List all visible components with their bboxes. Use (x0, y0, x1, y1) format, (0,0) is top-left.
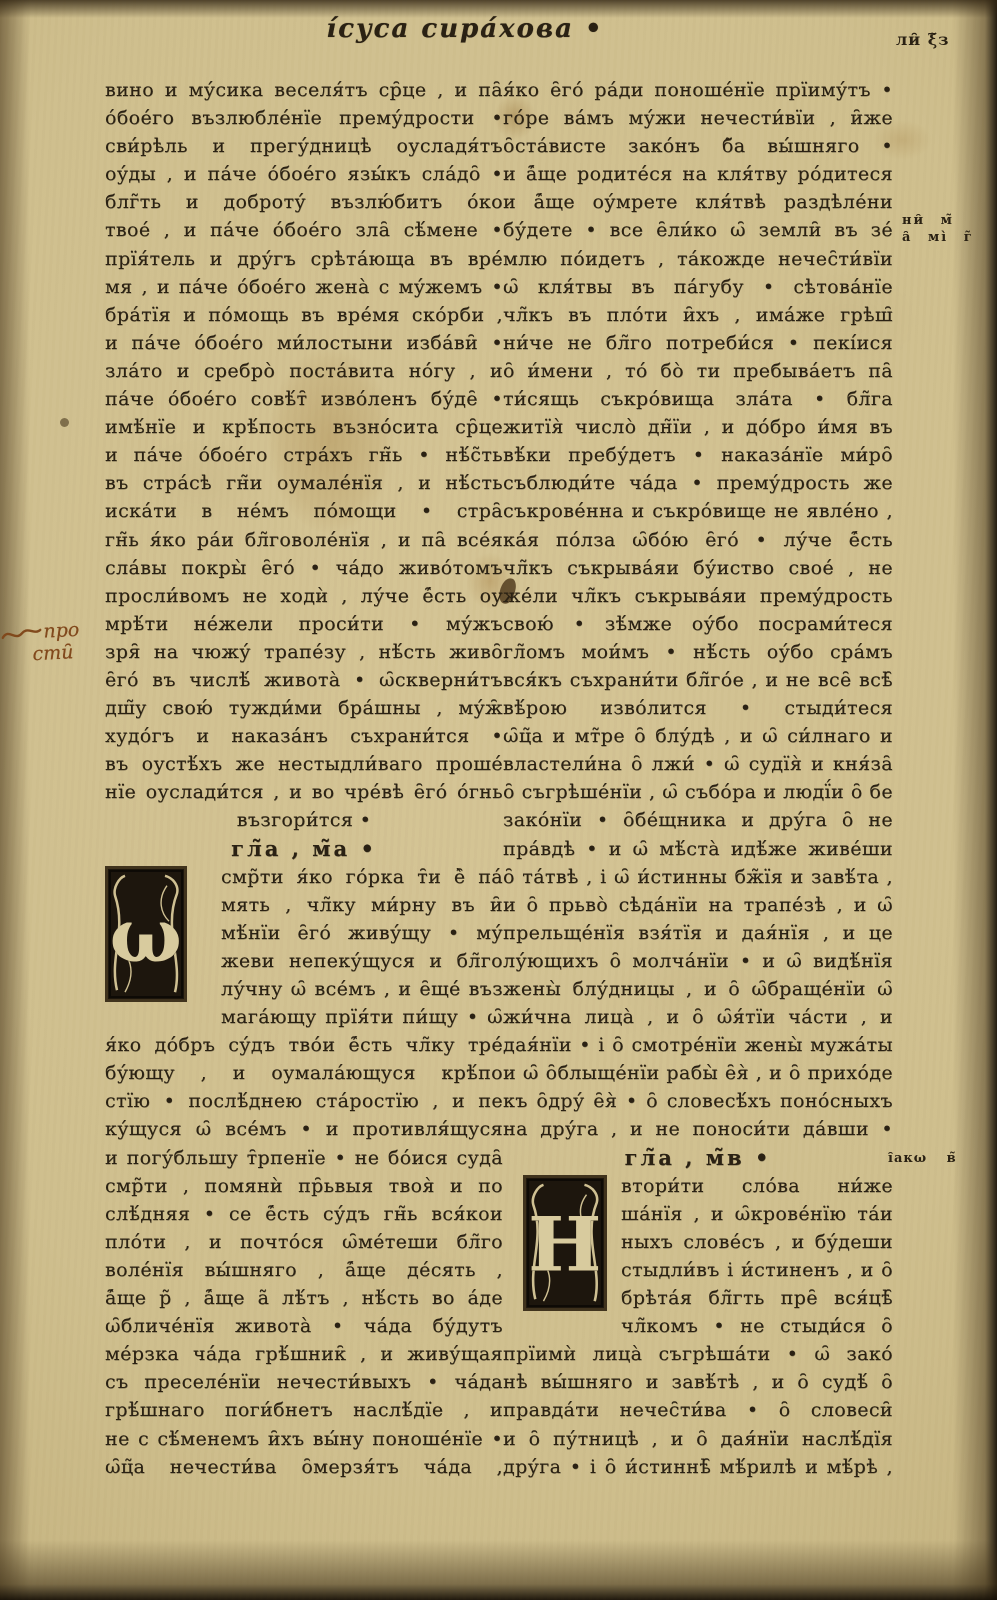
text-line: дая́нїи • і о̑ смотре́нїи жены̀ мужа́ты (503, 1031, 893, 1059)
text-line: бра́тїя и по́мощь въ вре́мя ско́рби , (105, 301, 503, 329)
chapter-heading: гл̃а , м̃а • (105, 835, 503, 863)
text-line: твое́ , и па́че о́бое́го зла̑ сѣ́мене • (105, 216, 503, 244)
text-line: зла́то и сребро̀ поста́вита но́гу , и (105, 357, 503, 385)
text-line: прїимѝ лица̀ съгрѣша́ти • ω̑ зако́ (503, 1340, 893, 1368)
margin-note-reference: ни̑ м̃ а̑ мі̀ г̃ (902, 212, 988, 246)
text-line: вино и му́сика веселя́тъ ср̑це , и па̑ (105, 76, 503, 104)
text-line: мя , и па́че о́бое́го жена̀ с му́жемъ • (105, 273, 503, 301)
text-line: ка́я по́лза ω̑бо́ю е̑го́ • лу́че е̑́сть (503, 526, 893, 554)
text-line: оу́ды , и па́че о́бое́го язы́къ сла́до̑ … (105, 160, 503, 188)
text-line: воле́нїя вы́шняго , а̑́ще де́сять , (105, 1256, 503, 1284)
svg-text:ω: ω (110, 891, 183, 979)
text-line: гл̃омъ мои́мъ • нѣ́сть оу́бо сра́мъ (503, 638, 893, 666)
text-line: млю по́идетъ , та́кожде нечес̑ти́вїи (503, 245, 893, 273)
text-line: дш̃у свою́ тужди́ми бра́шны , му́ж̑ (105, 694, 503, 722)
text-line: мять , чл̃ку ми́рну въ и̑ (221, 891, 503, 919)
text-line: и а̑́ще оу́мрете кля́твѣ раздѣле́ни (503, 188, 893, 216)
text-line: вѣ́ки пребу́детъ • наказа́нїе ми́ро̑ (503, 441, 893, 469)
text-line: блг̃ть и доброту́ възлю́битъ о́ко (105, 188, 503, 216)
text-line: въ стра́сѣ гн̃и оумале́нїя , и нѣ́сть (105, 469, 503, 497)
text-line: вѣ́рою изво́лится • стыди́теся (503, 694, 893, 722)
text-line: прельще́нїя взя́тїя и дая́нїя , и це (503, 919, 893, 947)
text-line: же́ли чл̃къ съкрыва́яи прему́дрость (503, 582, 893, 610)
text-line: възгори́тся • (105, 806, 503, 834)
margin-note-line: а̑ мі̀ г̃ (902, 229, 988, 246)
text-line: и о̑ пу́тницѣ , и о̑ дая́нїи наслѣ́дїя (503, 1425, 893, 1453)
margin-note-line: ни̑ м̃ (902, 212, 988, 229)
text-line: къ о̑дру́ е̑я̀ • о̑ словесѣ́хъ поно́сных… (503, 1087, 893, 1115)
text-line: мага́ющу прїя́ти пи́щу • ω̑ смр̃ти (221, 1003, 503, 1031)
svg-text:Н: Н (528, 1201, 602, 1289)
text-line: смр̃ти я́ко го́рка т̑и е̑̀ па́ (221, 863, 503, 891)
text-line: ω̑бличе́нїя живота̀ • ча́да бу́дутъ (105, 1312, 503, 1340)
text-line: мѣ́нїи е̑го́ живу́щу • му́ (221, 919, 503, 947)
text-line: грѣ́шнаго поги́бнетъ наслѣ́дїе , и (105, 1396, 503, 1424)
text-line: зако́нїи • о̑бе́щника и дру́га о̑ не (503, 806, 893, 834)
woodcut-initial: ω (105, 866, 187, 1002)
text-line: ω̑ц̃а и мт̃ре о̑ блу́дѣ , и ω̑ си́лнаго … (503, 722, 893, 750)
text-line: житїя̀ число̀ дн̃їи , и до́бро и́мя въ (503, 413, 893, 441)
text-line: и о̑ прьво̀ сѣда́нїи на трапе́зѣ , и ω̑ (503, 891, 893, 919)
text-line: вся́къ съхрани́ти бл̃го́е , и не все̑ вс… (503, 666, 893, 694)
text-line: втори́ти сло́ва ни́же послу́ (621, 1172, 893, 1200)
handwritten-marginalia: про сти̑ (1, 617, 113, 667)
text-line: жеви непеку́щуся и бл̃го по (221, 947, 503, 975)
text-line: худо́гъ и наказа́нъ съхрани́тся • (105, 722, 503, 750)
text-line: я́ко е̑го́ ра́ди поноше́нїе прїиму́тъ • (503, 76, 893, 104)
text-line: лу́ющихъ о̑ молча́нїи • и ω̑ видѣ́нїя (503, 947, 893, 975)
text-line: мрѣ́ти не́жели проси́ти • му́жъ (105, 610, 503, 638)
text-line: ни́че не бл̃го потреби́ся • пекі́ися (503, 329, 893, 357)
text-line: смр̃ти , помянѝ пр̑ьвыя твоя̀ и по (105, 1172, 503, 1200)
pen-flourish (1, 624, 42, 644)
text-line: и па́че о́бое́го ми́лостыни изба́ви̑ • (105, 329, 503, 357)
text-line: о̑ та́твѣ , і ω̑ и́стинны бж̃їя и завѣ́т… (503, 863, 893, 891)
text-line: брѣта́я бл̃гть пре̑ вся́цѣ̑ (621, 1284, 893, 1312)
text-line: па́че о́бое́го совѣ́т̑ изво́ленъ бу́де̑ … (105, 385, 503, 413)
text-line: зря̑ на чюжу́ трапе́зу , нѣ́сть живо̑ (105, 638, 503, 666)
text-line: иска́ти в не́мъ по́мощи • стра̑ (105, 497, 503, 525)
running-title: і́суса сира́хова • (0, 14, 930, 56)
text-line: я́ко до́бръ су́дъ тво́и е̑́сть чл̃ку тре… (105, 1031, 503, 1059)
text-line: съкрове́нна и съкро́вище не явле́но , (503, 497, 893, 525)
woodcut-initial: Н (523, 1175, 607, 1311)
text-line: съ преселе́нїи нечести́выхъ • ча́да (105, 1368, 503, 1396)
text-line: о́бое́го възлюбле́нїе прему́дрости • (105, 104, 503, 132)
chapter-heading: гл̃а , м̃в • (503, 1144, 893, 1172)
text-line: свою́ • зѣ́мже оу́бо посрами́теся (503, 610, 893, 638)
text-line: чл̃комъ • не стыди́ся о̑ си́хъ , и не (621, 1312, 893, 1340)
ink-speck (60, 418, 69, 427)
text-line: лу́чну ω̑ все́мъ , и е̑ще́ въз (221, 975, 503, 1003)
text-line: нїе оуслади́тся , и во чре́вѣ е̑го́ о́гн… (105, 778, 503, 806)
text-line: и а̑́ще родите́ся на кля́тву ро́дитеся (503, 160, 893, 188)
text-line: чл̃къ съкрыва́яи бу́иство свое́ , не (503, 554, 893, 582)
text-line: бу́ющу , и оумала́ющуся крѣ́по (105, 1059, 503, 1087)
text-line: ме́рзка ча́да грѣ́шник̑ , и живу́щая (105, 1340, 503, 1368)
text-line: сла́вы покры̀ е̑го́ • ча́до живо́томъ (105, 554, 503, 582)
text-line: стїю • послѣ́днею ста́ростїю , и пе (105, 1087, 503, 1115)
text-line: е̑го́ въ числѣ́ живота̀ • ω̑скверни́тъ (105, 666, 503, 694)
text-line: ти́сящь съкро́вища зла́та • бл̃га (503, 385, 893, 413)
text-line: и погу́бльшу т̑рпенїе • не бо́ися суда̑ (105, 1144, 503, 1172)
text-line: бу́дете • все е̑ли́ко ω̑ земли̑ въ зе́ (503, 216, 893, 244)
text-line: гн̃ь я́ко ра́и бл̃говоле́нїя , и па̑ все… (105, 526, 503, 554)
text-line: имѣ́нїе и крѣ́пость възно́сита ср̑це (105, 413, 503, 441)
text-line: жены̀ блу́дницы , и о̑ ω̑браще́нїи ω̑ оу… (503, 975, 893, 1003)
text-line: правда́ти нечес̑ти́ва • о̑ словеси̑ о̑́б… (503, 1396, 893, 1424)
text-line: чл̃къ въ пло́ти и̑хъ , има́же грѣш̑ (503, 301, 893, 329)
text-line: ω̑ кля́твы въ па́губу • сѣтова́нїе (503, 273, 893, 301)
folio-number: ли̑ ξ̃з (896, 30, 986, 49)
text-line: въ оустѣ́хъ же нестыдли́ваго проше́ (105, 750, 503, 778)
text-line: го́ре ва́мъ му́жи нечести́вїи , и̑же (503, 104, 893, 132)
handwritten-word: про (43, 619, 80, 643)
text-line: прїя́тель и дру́гъ срѣта́юща въ вре́ (105, 245, 503, 273)
text-line: ныхъ слове́съ , и бу́деши (621, 1228, 893, 1256)
text-line: властели́на о̑ лжи́ • ω̑ судїя̀ и кня́за… (503, 750, 893, 778)
text-line: и ω̑ о̑блыще́нїи рабы̀ е̑я̀ , и о̑ прихо… (503, 1059, 893, 1087)
text-line: съблюди́те ча́да • прему́дрость же (503, 469, 893, 497)
text-line: и па́че о́бое́го стра́хъ гн̃ь • нѣ́с̃ть (105, 441, 503, 469)
text-line: нѣ вы́шняго и завѣ́тѣ , и о̑ судѣ́ о̑ (503, 1368, 893, 1396)
text-line: о̑ста́висте зако́нъ б̃а вы́шняго • (503, 132, 893, 160)
book-page-scan: і́суса сира́хова • ли̑ ξ̃з ни̑ м̃ а̑ мі̀… (0, 0, 997, 1600)
text-line: ку́щуся ω̑ все́мъ • и противля́щуся (105, 1115, 503, 1143)
text-line: а̑́ще р̃ , а̑́ще а̃ лѣ́тъ , нѣ́сть во а́… (105, 1284, 503, 1312)
text-line: пло́ти , и почто́ся ω̑ме́теши бл̃го (105, 1228, 503, 1256)
margin-note-chapter42: і̑акω в̃ (888, 1150, 992, 1167)
text-line: ω̑ц̃а нечести́ва о̑мерзя́тъ ча́да , (105, 1453, 503, 1481)
text-column-left: вино и му́сика веселя́тъ ср̑це , и па̑о́… (105, 76, 503, 1481)
text-line: на дру́га , и не поноси́ти да́вши • (503, 1115, 893, 1143)
text-line: слѣ́дняя • се е̑́сть су́дъ гн̃ь вся́кои (105, 1200, 503, 1228)
text-line: просли́вомъ не ходѝ , лу́че е̑́сть оу (105, 582, 503, 610)
text-line: пра́вдѣ • и ω̑ мѣ́ста̀ идѣ́же живе́ши (503, 835, 893, 863)
text-line: стыдли́въ і и́стиненъ , и о̑ (621, 1256, 893, 1284)
text-line: сви́рѣль и прегу́дницѣ оусладя́тъ (105, 132, 503, 160)
handwritten-word: сти̑ (32, 639, 113, 665)
text-line: не с сѣ́менемъ и̑хъ вы́ну поноше́нїе • (105, 1425, 503, 1453)
text-line: жи́чна лица̀ , и о̑ ω̑я́тїи ча́сти , и (503, 1003, 893, 1031)
text-line: о̑ съгрѣше́нїи , ω̑ събо́ра и людї́и о̑ … (503, 778, 893, 806)
text-line: дру́га • і о̑ и́стиннѣ̑ мѣ́рилѣ и мѣ́рѣ … (503, 1453, 893, 1481)
text-line: ша́нїя , и ω̑крове́нїю та́и (621, 1200, 893, 1228)
text-column-right: я́ко е̑го́ ра́ди поноше́нїе прїиму́тъ •г… (503, 76, 893, 1481)
text-line: о̑ и́мени , то́ бо̀ ти пребыва́етъ па̑ (503, 357, 893, 385)
